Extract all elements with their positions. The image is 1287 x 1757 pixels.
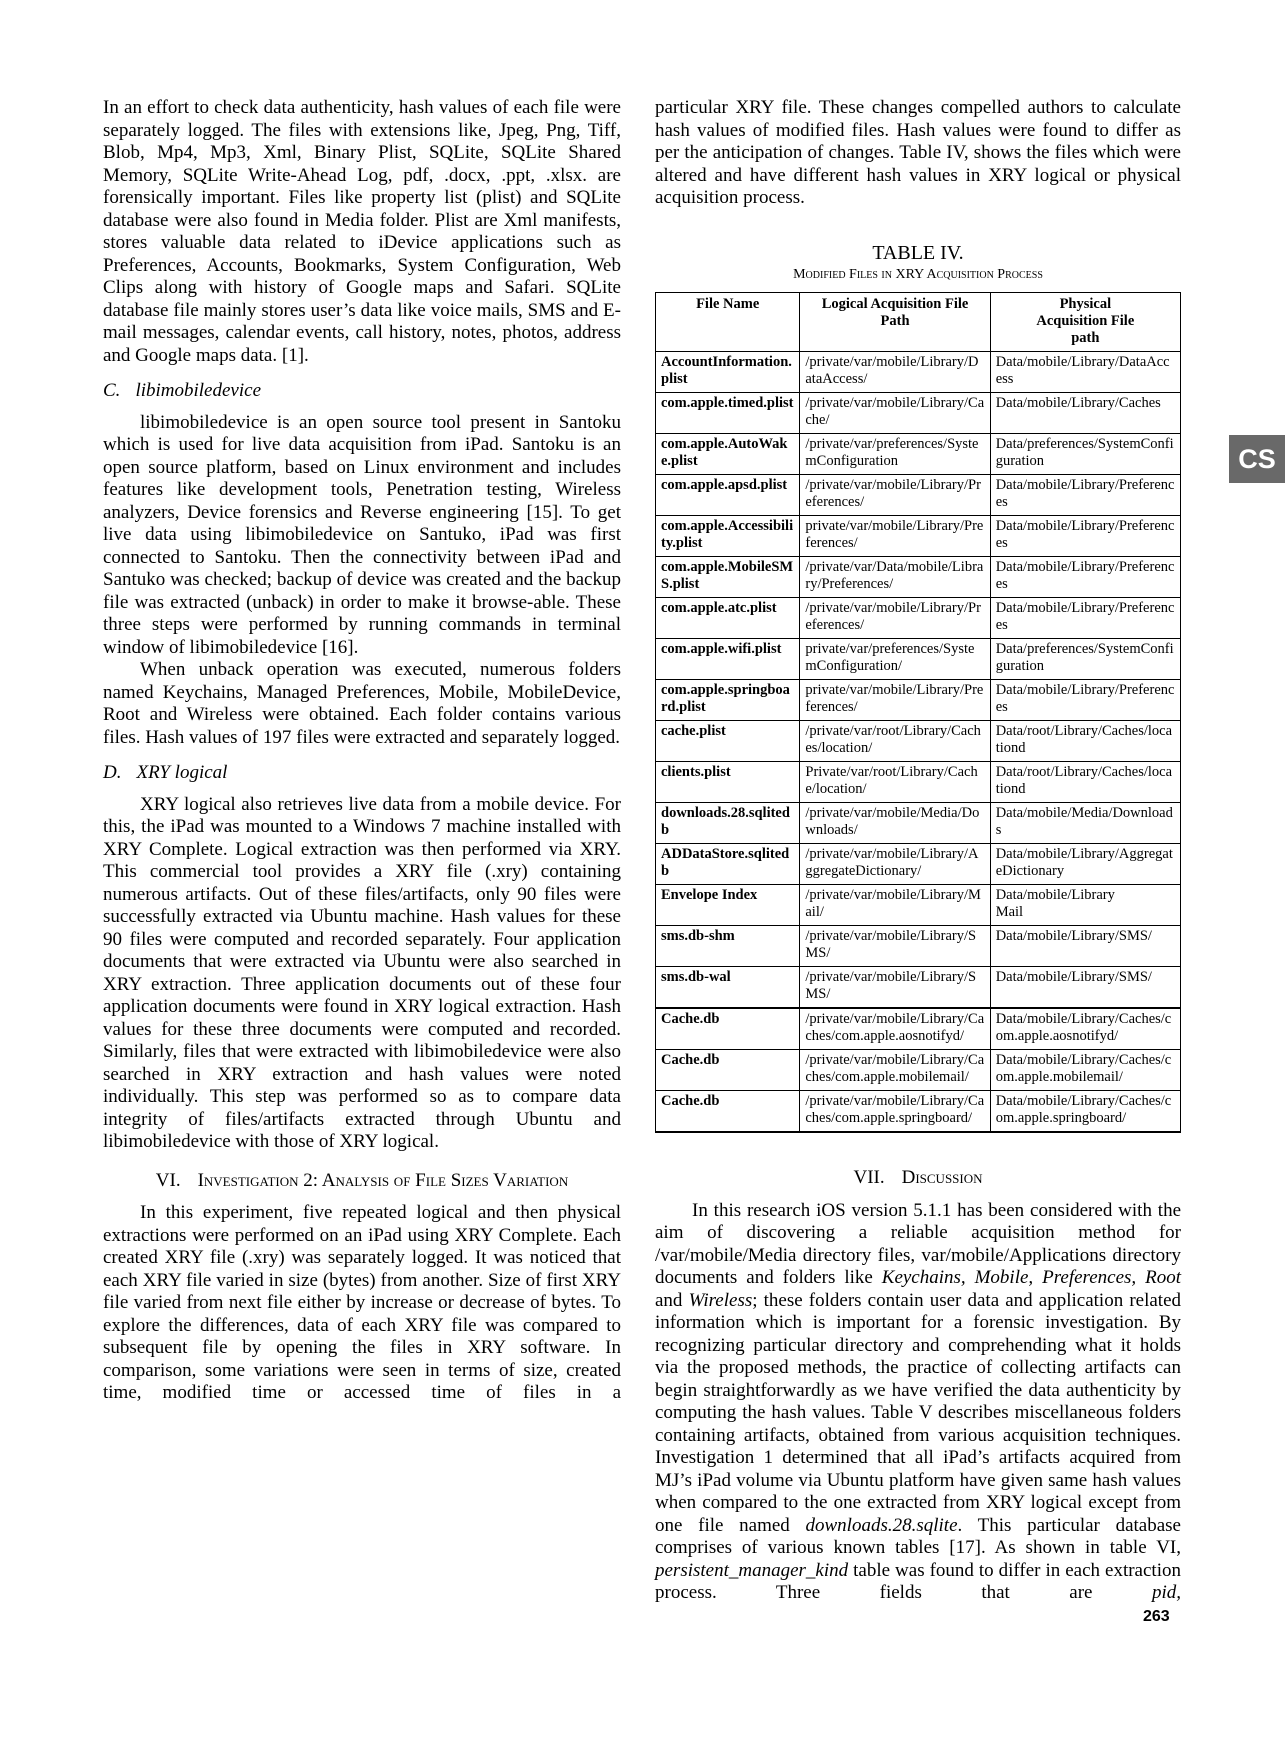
file-name-cell: Envelope Index: [656, 885, 800, 926]
table-row: sms.db-shm/private/var/mobile/Library/SM…: [656, 926, 1181, 967]
physical-path-cell: Data/mobile/Library/DataAccess: [990, 352, 1180, 393]
logical-path-cell: /private/var/mobile/Media/Downloads/: [800, 803, 990, 844]
logical-path-cell: /private/var/mobile/Library/SMS/: [800, 926, 990, 967]
paragraph: libimobiledevice is an open source tool …: [103, 412, 621, 660]
modified-files-table: File Name Logical Acquisition File Path …: [655, 292, 1181, 1133]
physical-path-cell: Data/mobile/Library/AggregateDictionary: [990, 844, 1180, 885]
physical-path-cell: Data/mobile/Library/Preferences: [990, 475, 1180, 516]
paragraph: In this research iOS version 5.1.1 has b…: [655, 1200, 1181, 1605]
logical-path-cell: /private/var/mobile/Library/Preferences/: [800, 598, 990, 639]
file-name-cell: com.apple.springboard.plist: [656, 680, 800, 721]
logical-path-cell: /private/var/mobile/Library/AggregateDic…: [800, 844, 990, 885]
table-row: com.apple.wifi.plistprivate/var/preferen…: [656, 639, 1181, 680]
logical-path-cell: /private/var/mobile/Library/Mail/: [800, 885, 990, 926]
table-row: com.apple.Accessibility.plistprivate/var…: [656, 516, 1181, 557]
paragraph: XRY logical also retrieves live data fro…: [103, 794, 621, 1154]
logical-path-cell: private/var/mobile/Library/Preferences/: [800, 680, 990, 721]
physical-path-cell: Data/mobile/Library/Preferences: [990, 680, 1180, 721]
cs-badge: CS: [1229, 435, 1285, 483]
table-header-row: File Name Logical Acquisition File Path …: [656, 293, 1181, 352]
physical-path-cell: Data/mobile/Library/Preferences: [990, 598, 1180, 639]
logical-path-cell: /private/var/Data/mobile/Library/Prefere…: [800, 557, 990, 598]
logical-path-cell: private/var/preferences/SystemConfigurat…: [800, 639, 990, 680]
section-label: VI.: [156, 1170, 181, 1191]
section-title: Investigation 2: Analysis of File Sizes …: [198, 1170, 569, 1191]
table-row: com.apple.AutoWake.plist/private/var/pre…: [656, 434, 1181, 475]
physical-path-cell: Data/mobile/Library/Preferences: [990, 557, 1180, 598]
subsection-label: D.: [103, 762, 121, 783]
section-heading-vii: VII.Discussion: [655, 1167, 1181, 1190]
logical-path-cell: /private/var/mobile/Library/DataAccess/: [800, 352, 990, 393]
subsection-title: XRY logical: [136, 762, 227, 783]
table-row: com.apple.atc.plist/private/var/mobile/L…: [656, 598, 1181, 639]
subsection-heading-d: D.XRY logical: [103, 762, 621, 785]
file-name-cell: Cache.db: [656, 1091, 800, 1133]
logical-path-cell: /private/var/mobile/Library/Caches/com.a…: [800, 1091, 990, 1133]
table-row: clients.plistPrivate/var/root/Library/Ca…: [656, 762, 1181, 803]
physical-path-cell: Data/root/Library/Caches/locationd: [990, 721, 1180, 762]
physical-path-cell: Data/mobile/Library/SMS/: [990, 967, 1180, 1009]
table-row: com.apple.apsd.plist/private/var/mobile/…: [656, 475, 1181, 516]
section-title: Discussion: [902, 1167, 983, 1188]
section-label: VII.: [853, 1167, 884, 1188]
subsection-title: libimobiledevice: [135, 380, 261, 401]
logical-path-cell: /private/var/mobile/Library/Caches/com.a…: [800, 1050, 990, 1091]
paragraph: In an effort to check data authenticity,…: [103, 97, 621, 367]
logical-path-cell: /private/var/mobile/Library/Preferences/: [800, 475, 990, 516]
file-name-cell: cache.plist: [656, 721, 800, 762]
physical-path-cell: Data/mobile/Media/Downloads: [990, 803, 1180, 844]
file-name-cell: com.apple.apsd.plist: [656, 475, 800, 516]
left-column: In an effort to check data authenticity,…: [103, 97, 621, 1405]
table-row: Envelope Index/private/var/mobile/Librar…: [656, 885, 1181, 926]
subsection-label: C.: [103, 380, 120, 401]
physical-path-cell: Data/root/Library/Caches/locationd: [990, 762, 1180, 803]
right-column: particular XRY file. These changes compe…: [655, 97, 1181, 1605]
physical-path-cell: Data/mobile/Library/Caches/com.apple.aos…: [990, 1008, 1180, 1050]
file-name-cell: AccountInformation.plist: [656, 352, 800, 393]
column-header-logical-path: Logical Acquisition File Path: [800, 293, 990, 352]
paragraph: particular XRY file. These changes compe…: [655, 97, 1181, 210]
file-name-cell: Cache.db: [656, 1008, 800, 1050]
table-row: cache.plist/private/var/root/Library/Cac…: [656, 721, 1181, 762]
table-caption: TABLE IV.: [655, 242, 1181, 265]
logical-path-cell: Private/var/root/Library/Cache/location/: [800, 762, 990, 803]
table-row: Cache.db/private/var/mobile/Library/Cach…: [656, 1050, 1181, 1091]
file-name-cell: com.apple.timed.plist: [656, 393, 800, 434]
logical-path-cell: /private/var/preferences/SystemConfigura…: [800, 434, 990, 475]
file-name-cell: com.apple.wifi.plist: [656, 639, 800, 680]
table-row: AccountInformation.plist/private/var/mob…: [656, 352, 1181, 393]
table-row: downloads.28.sqlitedb/private/var/mobile…: [656, 803, 1181, 844]
paragraph: When unback operation was executed, nume…: [103, 659, 621, 749]
physical-path-cell: Data/mobile/Library/Caches/com.apple.spr…: [990, 1091, 1180, 1133]
physical-path-cell: Data/mobile/Library/Preferences: [990, 516, 1180, 557]
physical-path-cell: Data/mobile/Library/Caches: [990, 393, 1180, 434]
paragraph: In this experiment, five repeated logica…: [103, 1202, 621, 1405]
physical-path-cell: Data/preferences/SystemConfiguration: [990, 434, 1180, 475]
physical-path-cell: Data/mobile/Library Mail: [990, 885, 1180, 926]
physical-path-cell: Data/mobile/Library/Caches/com.apple.mob…: [990, 1050, 1180, 1091]
file-name-cell: downloads.28.sqlitedb: [656, 803, 800, 844]
file-name-cell: ADDataStore.sqlitedb: [656, 844, 800, 885]
column-header-physical-path: Physical Acquisition File path: [990, 293, 1180, 352]
table-row: com.apple.timed.plist/private/var/mobile…: [656, 393, 1181, 434]
table-row: Cache.db/private/var/mobile/Library/Cach…: [656, 1091, 1181, 1133]
physical-path-cell: Data/mobile/Library/SMS/: [990, 926, 1180, 967]
table-subcaption: Modified Files in XRY Acquisition Proces…: [655, 267, 1181, 283]
file-name-cell: sms.db-wal: [656, 967, 800, 1009]
table-row: ADDataStore.sqlitedb/private/var/mobile/…: [656, 844, 1181, 885]
logical-path-cell: /private/var/mobile/Library/SMS/: [800, 967, 990, 1009]
file-name-cell: Cache.db: [656, 1050, 800, 1091]
file-name-cell: sms.db-shm: [656, 926, 800, 967]
column-header-file-name: File Name: [656, 293, 800, 352]
logical-path-cell: /private/var/mobile/Library/Caches/com.a…: [800, 1008, 990, 1050]
logical-path-cell: private/var/mobile/Library/Preferences/: [800, 516, 990, 557]
file-name-cell: com.apple.AutoWake.plist: [656, 434, 800, 475]
table-row: sms.db-wal/private/var/mobile/Library/SM…: [656, 967, 1181, 1009]
file-name-cell: clients.plist: [656, 762, 800, 803]
table-row: Cache.db/private/var/mobile/Library/Cach…: [656, 1008, 1181, 1050]
physical-path-cell: Data/preferences/SystemConfiguration: [990, 639, 1180, 680]
page-number: 263: [1143, 1608, 1170, 1626]
subsection-heading-c: C.libimobiledevice: [103, 380, 621, 403]
logical-path-cell: /private/var/root/Library/Caches/locatio…: [800, 721, 990, 762]
table-row: com.apple.springboard.plistprivate/var/m…: [656, 680, 1181, 721]
file-name-cell: com.apple.MobileSMS.plist: [656, 557, 800, 598]
file-name-cell: com.apple.Accessibility.plist: [656, 516, 800, 557]
section-heading-vi: VI.Investigation 2: Analysis of File Siz…: [103, 1170, 621, 1193]
table-row: com.apple.MobileSMS.plist/private/var/Da…: [656, 557, 1181, 598]
file-name-cell: com.apple.atc.plist: [656, 598, 800, 639]
logical-path-cell: /private/var/mobile/Library/Cache/: [800, 393, 990, 434]
